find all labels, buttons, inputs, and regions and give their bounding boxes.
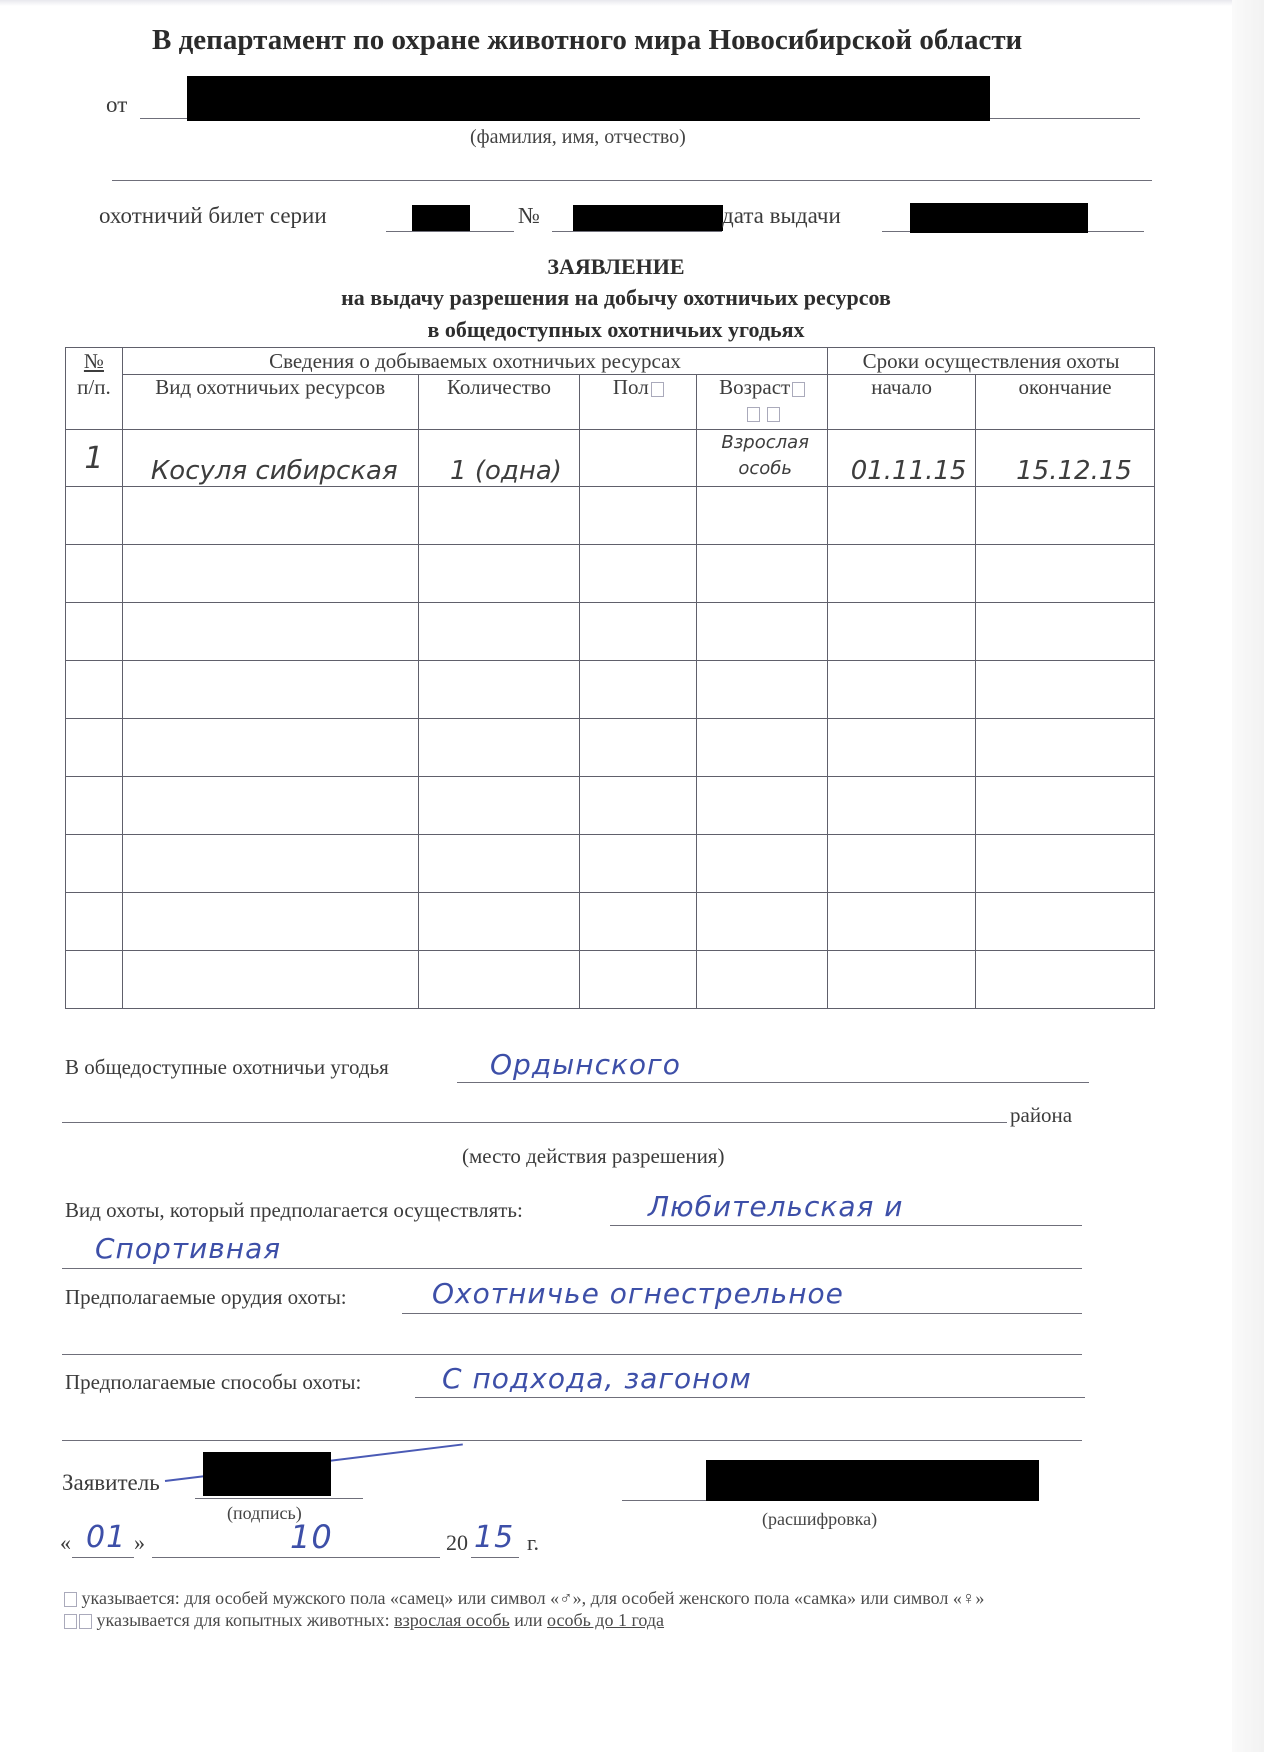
age-cell[interactable] xyxy=(697,835,828,893)
table-row xyxy=(66,661,1155,719)
redacted-signature xyxy=(203,1452,331,1496)
end-date-cell[interactable]: 15.12.15 xyxy=(976,430,1155,487)
redacted-name xyxy=(187,76,990,121)
age-cell[interactable] xyxy=(697,951,828,1009)
place-line xyxy=(457,1082,1089,1083)
table-row xyxy=(66,603,1155,661)
number-abbrev: п/п. xyxy=(77,375,111,399)
quantity-cell[interactable] xyxy=(418,893,580,951)
table-row xyxy=(66,835,1155,893)
sex-cell[interactable] xyxy=(580,777,697,835)
row-number[interactable] xyxy=(66,661,123,719)
tools-value[interactable]: Охотничье огнестрельное xyxy=(432,1277,844,1310)
row-number[interactable]: 1 xyxy=(66,430,123,487)
document-heading: ЗАЯВЛЕНИЕ xyxy=(0,254,1232,280)
footnote-marker-icon xyxy=(747,407,760,422)
species-cell[interactable] xyxy=(122,835,418,893)
age-cell[interactable] xyxy=(697,487,828,545)
row-number[interactable] xyxy=(66,835,123,893)
year-prefix: 20 xyxy=(446,1530,468,1556)
footnote-1: указывается: для особей мужского пола «с… xyxy=(62,1588,984,1609)
species-cell[interactable] xyxy=(122,719,418,777)
tools-line xyxy=(402,1313,1082,1314)
footnote-marker-icon xyxy=(792,382,805,397)
row-number[interactable] xyxy=(66,603,123,661)
start-date-cell[interactable] xyxy=(828,951,976,1009)
age-cell[interactable] xyxy=(697,661,828,719)
scan-top-edge xyxy=(0,0,1232,6)
footnote-marker-icon xyxy=(79,1614,92,1629)
day-value[interactable]: 01 xyxy=(86,1520,126,1555)
hunt-type-line xyxy=(610,1225,1082,1226)
name-line-2 xyxy=(112,180,1152,181)
end-date-cell[interactable] xyxy=(976,661,1155,719)
table-row xyxy=(66,893,1155,951)
from-label: от xyxy=(106,92,127,118)
footnote-marker-icon xyxy=(767,407,780,422)
place-value[interactable]: Ордынского xyxy=(490,1048,681,1081)
age-cell[interactable] xyxy=(697,893,828,951)
table-row: 1 Косуля сибирская 1 (одна) Взрослая осо… xyxy=(66,430,1155,487)
start-date-cell[interactable] xyxy=(828,777,976,835)
place-line-2 xyxy=(62,1122,1007,1123)
ticket-number-label: № xyxy=(518,203,540,229)
methods-line-2 xyxy=(62,1440,1082,1441)
sex-cell[interactable] xyxy=(580,487,697,545)
day-line xyxy=(72,1557,134,1558)
methods-line xyxy=(415,1397,1085,1398)
age-cell[interactable] xyxy=(697,719,828,777)
redacted-series xyxy=(412,205,470,231)
sex-cell[interactable] xyxy=(580,661,697,719)
table-row xyxy=(66,951,1155,1009)
start-date-cell[interactable]: 01.11.15 xyxy=(828,430,976,487)
table-row xyxy=(66,777,1155,835)
footnote-2-option-young: особь до 1 года xyxy=(547,1610,664,1630)
start-date-cell[interactable] xyxy=(828,487,976,545)
document-subheading-1: на выдачу разрешения на добычу охотничьи… xyxy=(0,285,1232,311)
col-number-header: № п/п. xyxy=(66,348,123,430)
sex-cell[interactable] xyxy=(580,545,697,603)
end-date-cell[interactable] xyxy=(976,487,1155,545)
sex-cell[interactable] xyxy=(580,603,697,661)
sex-cell[interactable] xyxy=(580,430,697,487)
tools-line-2 xyxy=(62,1354,1082,1355)
footnote-2-text: указывается для копытных животных: xyxy=(97,1610,395,1630)
issue-date-label: дата выдачи xyxy=(722,203,841,229)
col-header-end: окончание xyxy=(976,375,1155,430)
footnote-marker-icon xyxy=(64,1614,77,1629)
table-row xyxy=(66,487,1155,545)
quote-open: « xyxy=(60,1530,71,1556)
addressee-title: В департамент по охране животного мира Н… xyxy=(152,24,1022,57)
table-row xyxy=(66,545,1155,603)
age-cell[interactable] xyxy=(697,777,828,835)
species-cell[interactable] xyxy=(122,777,418,835)
age-cell[interactable] xyxy=(697,603,828,661)
age-cell[interactable] xyxy=(697,545,828,603)
start-date-cell[interactable] xyxy=(828,661,976,719)
end-date-cell[interactable] xyxy=(976,893,1155,951)
age-value-line2: особь xyxy=(703,456,827,482)
col-header-species: Вид охотничьих ресурсов xyxy=(122,375,418,430)
quote-close: » xyxy=(134,1530,145,1556)
group-header-resources: Сведения о добываемых охотничьих ресурса… xyxy=(122,348,827,375)
row-number[interactable] xyxy=(66,545,123,603)
year-value[interactable]: 15 xyxy=(474,1520,514,1555)
number-sign: № xyxy=(84,349,104,373)
hunt-type-value-2[interactable]: Спортивная xyxy=(95,1232,281,1265)
quantity-cell[interactable]: 1 (одна) xyxy=(418,430,580,487)
hunt-type-value-1[interactable]: Любительская и xyxy=(648,1190,903,1223)
quantity-cell[interactable] xyxy=(418,835,580,893)
hunt-type-line-2 xyxy=(62,1268,1082,1269)
methods-value[interactable]: С подхода, загоном xyxy=(442,1362,752,1395)
quantity-cell[interactable] xyxy=(418,661,580,719)
group-header-period: Сроки осуществления охоты xyxy=(828,348,1155,375)
ticket-series-label: охотничий билет серии xyxy=(99,203,327,229)
age-label: Возраст xyxy=(719,375,790,399)
start-date-cell[interactable] xyxy=(828,719,976,777)
place-label: В общедоступные охотничьи угодья xyxy=(65,1055,389,1080)
decoding-caption: (расшифровка) xyxy=(762,1509,877,1530)
species-cell[interactable] xyxy=(122,661,418,719)
year-unit: г. xyxy=(527,1530,539,1556)
species-cell[interactable] xyxy=(122,951,418,1009)
year-line xyxy=(471,1557,519,1558)
sex-cell[interactable] xyxy=(580,719,697,777)
series-line xyxy=(386,231,514,232)
quantity-cell[interactable] xyxy=(418,719,580,777)
start-date-cell[interactable] xyxy=(828,603,976,661)
footnote-marker-icon xyxy=(651,382,664,397)
footnote-2-or: или xyxy=(510,1610,547,1630)
row-number[interactable] xyxy=(66,951,123,1009)
end-date-cell[interactable] xyxy=(976,951,1155,1009)
end-date-cell[interactable] xyxy=(976,835,1155,893)
row-number[interactable] xyxy=(66,719,123,777)
redacted-decoding xyxy=(706,1460,1039,1501)
hunt-type-label: Вид охоты, который предполагается осущес… xyxy=(65,1198,523,1223)
col-header-quantity: Количество xyxy=(418,375,580,430)
sex-cell[interactable] xyxy=(580,893,697,951)
row-number[interactable] xyxy=(66,487,123,545)
start-date-cell[interactable] xyxy=(828,893,976,951)
quantity-cell[interactable] xyxy=(418,951,580,1009)
methods-label: Предполагаемые способы охоты: xyxy=(65,1370,361,1395)
species-cell[interactable] xyxy=(122,487,418,545)
name-caption: (фамилия, имя, отчество) xyxy=(470,126,686,149)
age-cell[interactable]: Взрослая особь xyxy=(697,430,828,487)
resources-table: № п/п. Сведения о добываемых охотничьих … xyxy=(65,347,1155,1009)
footnote-2-option-adult: взрослая особь xyxy=(394,1610,510,1630)
place-caption: (место действия разрешения) xyxy=(462,1144,724,1169)
redacted-issue-date xyxy=(910,203,1088,233)
month-line xyxy=(152,1557,440,1558)
signature-line xyxy=(195,1498,363,1499)
footnote-2: указывается для копытных животных: взрос… xyxy=(62,1610,664,1631)
end-date-cell[interactable] xyxy=(976,719,1155,777)
district-suffix: района xyxy=(1010,1103,1072,1128)
species-cell[interactable] xyxy=(122,893,418,951)
quantity-cell[interactable] xyxy=(418,777,580,835)
footnote-1-text: указывается: для особей мужского пола «с… xyxy=(82,1588,985,1608)
col-header-sex: Пол xyxy=(580,375,697,430)
redacted-number xyxy=(573,205,723,231)
sex-cell[interactable] xyxy=(580,835,697,893)
end-date-cell[interactable] xyxy=(976,545,1155,603)
applicant-label: Заявитель xyxy=(62,1470,160,1496)
quantity-cell[interactable] xyxy=(418,603,580,661)
start-date-cell[interactable] xyxy=(828,835,976,893)
row-number[interactable] xyxy=(66,777,123,835)
footnote-marker-icon xyxy=(64,1592,77,1607)
month-value[interactable]: 10 xyxy=(290,1518,333,1556)
age-value-line1: Взрослая xyxy=(703,430,827,456)
scan-right-edge xyxy=(1232,0,1264,1752)
sex-label: Пол xyxy=(613,375,649,399)
tools-label: Предполагаемые орудия охоты: xyxy=(65,1285,347,1310)
col-header-start: начало xyxy=(828,375,976,430)
sex-cell[interactable] xyxy=(580,951,697,1009)
document-subheading-2: в общедоступных охотничьих угодьях xyxy=(0,317,1232,343)
species-cell[interactable]: Косуля сибирская xyxy=(122,430,418,487)
row-number[interactable] xyxy=(66,893,123,951)
table-row xyxy=(66,719,1155,777)
species-cell[interactable] xyxy=(122,545,418,603)
end-date-cell[interactable] xyxy=(976,603,1155,661)
col-header-age: Возраст xyxy=(697,375,828,430)
quantity-cell[interactable] xyxy=(418,487,580,545)
end-date-cell[interactable] xyxy=(976,777,1155,835)
quantity-cell[interactable] xyxy=(418,545,580,603)
number-line xyxy=(552,231,722,232)
species-cell[interactable] xyxy=(122,603,418,661)
start-date-cell[interactable] xyxy=(828,545,976,603)
